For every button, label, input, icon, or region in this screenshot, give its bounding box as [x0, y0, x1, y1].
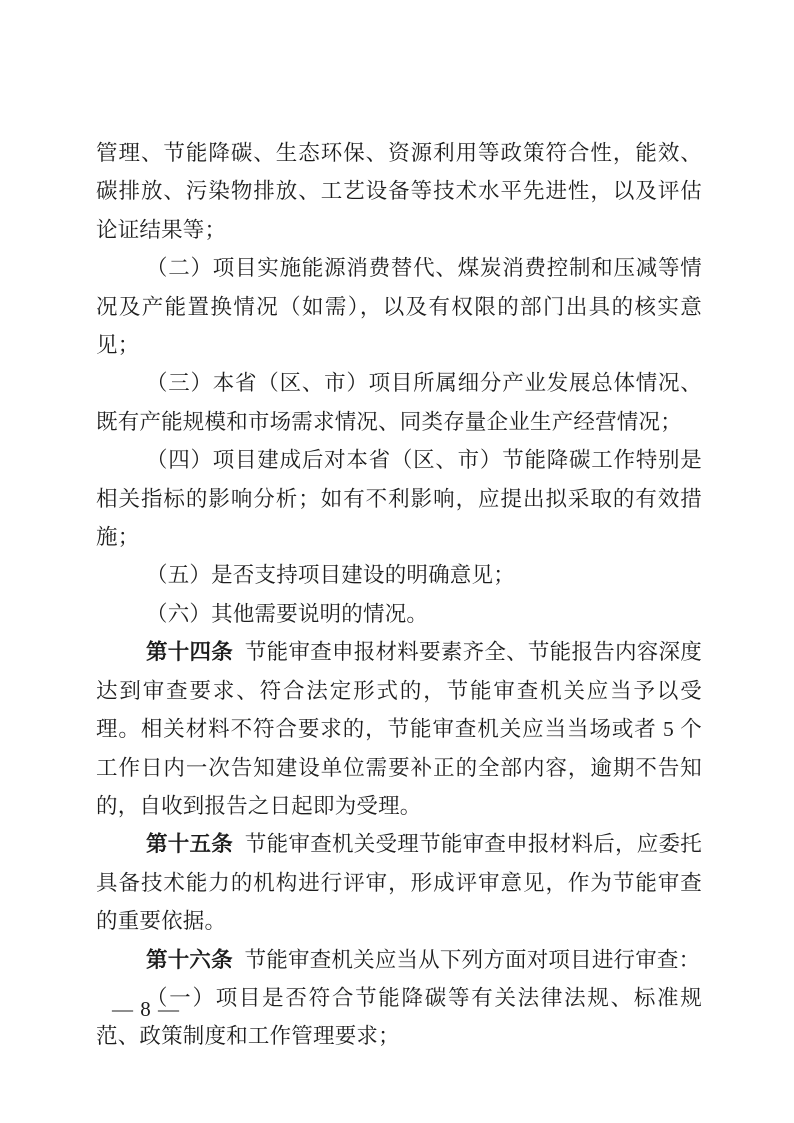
paragraph: （一）项目是否符合节能降碳等有关法律法规、标准规范、政策制度和工作管理要求；: [96, 979, 702, 1056]
article-paragraph: 第十六条节能审查机关应当从下列方面对项目进行审查：: [96, 941, 702, 979]
document-body: 管理、节能降碳、生态环保、资源利用等政策符合性，能效、碳排放、污染物排放、工艺设…: [96, 134, 702, 1056]
document-page: 管理、节能降碳、生态环保、资源利用等政策符合性，能效、碳排放、污染物排放、工艺设…: [0, 0, 794, 1123]
paragraph: （五）是否支持项目建设的明确意见；: [96, 556, 702, 594]
article-number: 第十五条: [146, 832, 233, 856]
article-paragraph: 第十五条节能审查机关受理节能审查申报材料后，应委托具备技术能力的机构进行评审，形…: [96, 825, 702, 940]
paragraph: （二）项目实施能源消费替代、煤炭消费控制和压减等情况及产能置换情况（如需），以及…: [96, 249, 702, 364]
page-number: — 8 —: [112, 997, 180, 1022]
paragraph: （六）其他需要说明的情况。: [96, 595, 702, 633]
article-paragraph: 第十四条节能审查申报材料要素齐全、节能报告内容深度达到审查要求、符合法定形式的，…: [96, 633, 702, 825]
article-number: 第十四条: [146, 640, 233, 664]
paragraph: 管理、节能降碳、生态环保、资源利用等政策符合性，能效、碳排放、污染物排放、工艺设…: [96, 134, 702, 249]
paragraph: （四）项目建成后对本省（区、市）节能降碳工作特别是相关指标的影响分析；如有不利影…: [96, 441, 702, 556]
paragraph: （三）本省（区、市）项目所属细分产业发展总体情况、既有产能规模和市场需求情况、同…: [96, 364, 702, 441]
article-number: 第十六条: [146, 948, 233, 972]
